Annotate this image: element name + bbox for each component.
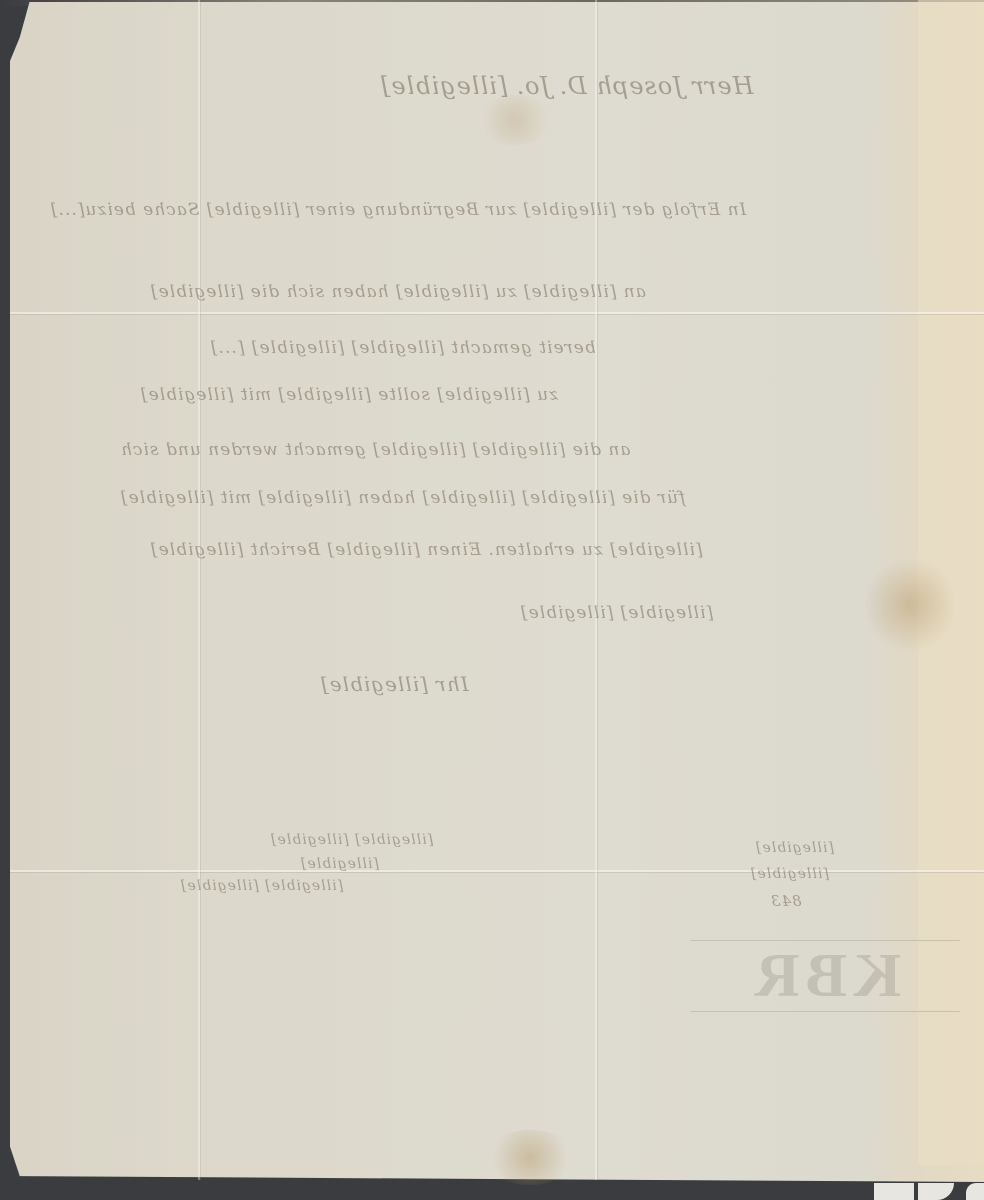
scan-bottom-edge xyxy=(866,1183,984,1200)
footer-left-line: [illegible] [illegible] xyxy=(270,832,433,848)
body-line: bereit gemacht [illegible] [illegible] [… xyxy=(210,338,596,358)
paper-watermark: KBR xyxy=(690,940,960,1012)
footer-right-line: [illegible] xyxy=(750,866,829,882)
body-line: an [illegible] zu [illegible] haben sich… xyxy=(150,282,646,302)
footer-left-line: [illegible] [illegible] xyxy=(180,878,343,894)
fold-line xyxy=(10,870,984,872)
body-line: an die [illegible] [illegible] gemacht w… xyxy=(120,440,631,460)
fold-line xyxy=(198,0,200,1180)
stain xyxy=(485,1130,575,1185)
footer-right-line: [illegible] xyxy=(755,840,834,856)
fold-line xyxy=(595,0,597,1180)
footer-right-line: 843 xyxy=(770,892,802,910)
body-line: [illegible] zu erhalten. Einen [illegibl… xyxy=(150,540,703,560)
letter-heading: Herr Joseph D. Jo. [illegible] xyxy=(380,72,754,100)
body-line: In Erfolg der [illegible] zur Begründung… xyxy=(50,200,746,220)
stain xyxy=(865,555,955,655)
body-line: für die [illegible] [illegible] haben [i… xyxy=(120,488,685,508)
body-line: [illegible] [illegible] xyxy=(520,603,713,623)
fold-line xyxy=(10,312,984,314)
letter-closing: Ihr [illegible] xyxy=(320,672,469,696)
body-line: zu [illegible] sollte [illegible] mit [i… xyxy=(140,385,558,405)
stain xyxy=(475,95,555,145)
footer-left-line: [illegible] xyxy=(300,856,379,872)
